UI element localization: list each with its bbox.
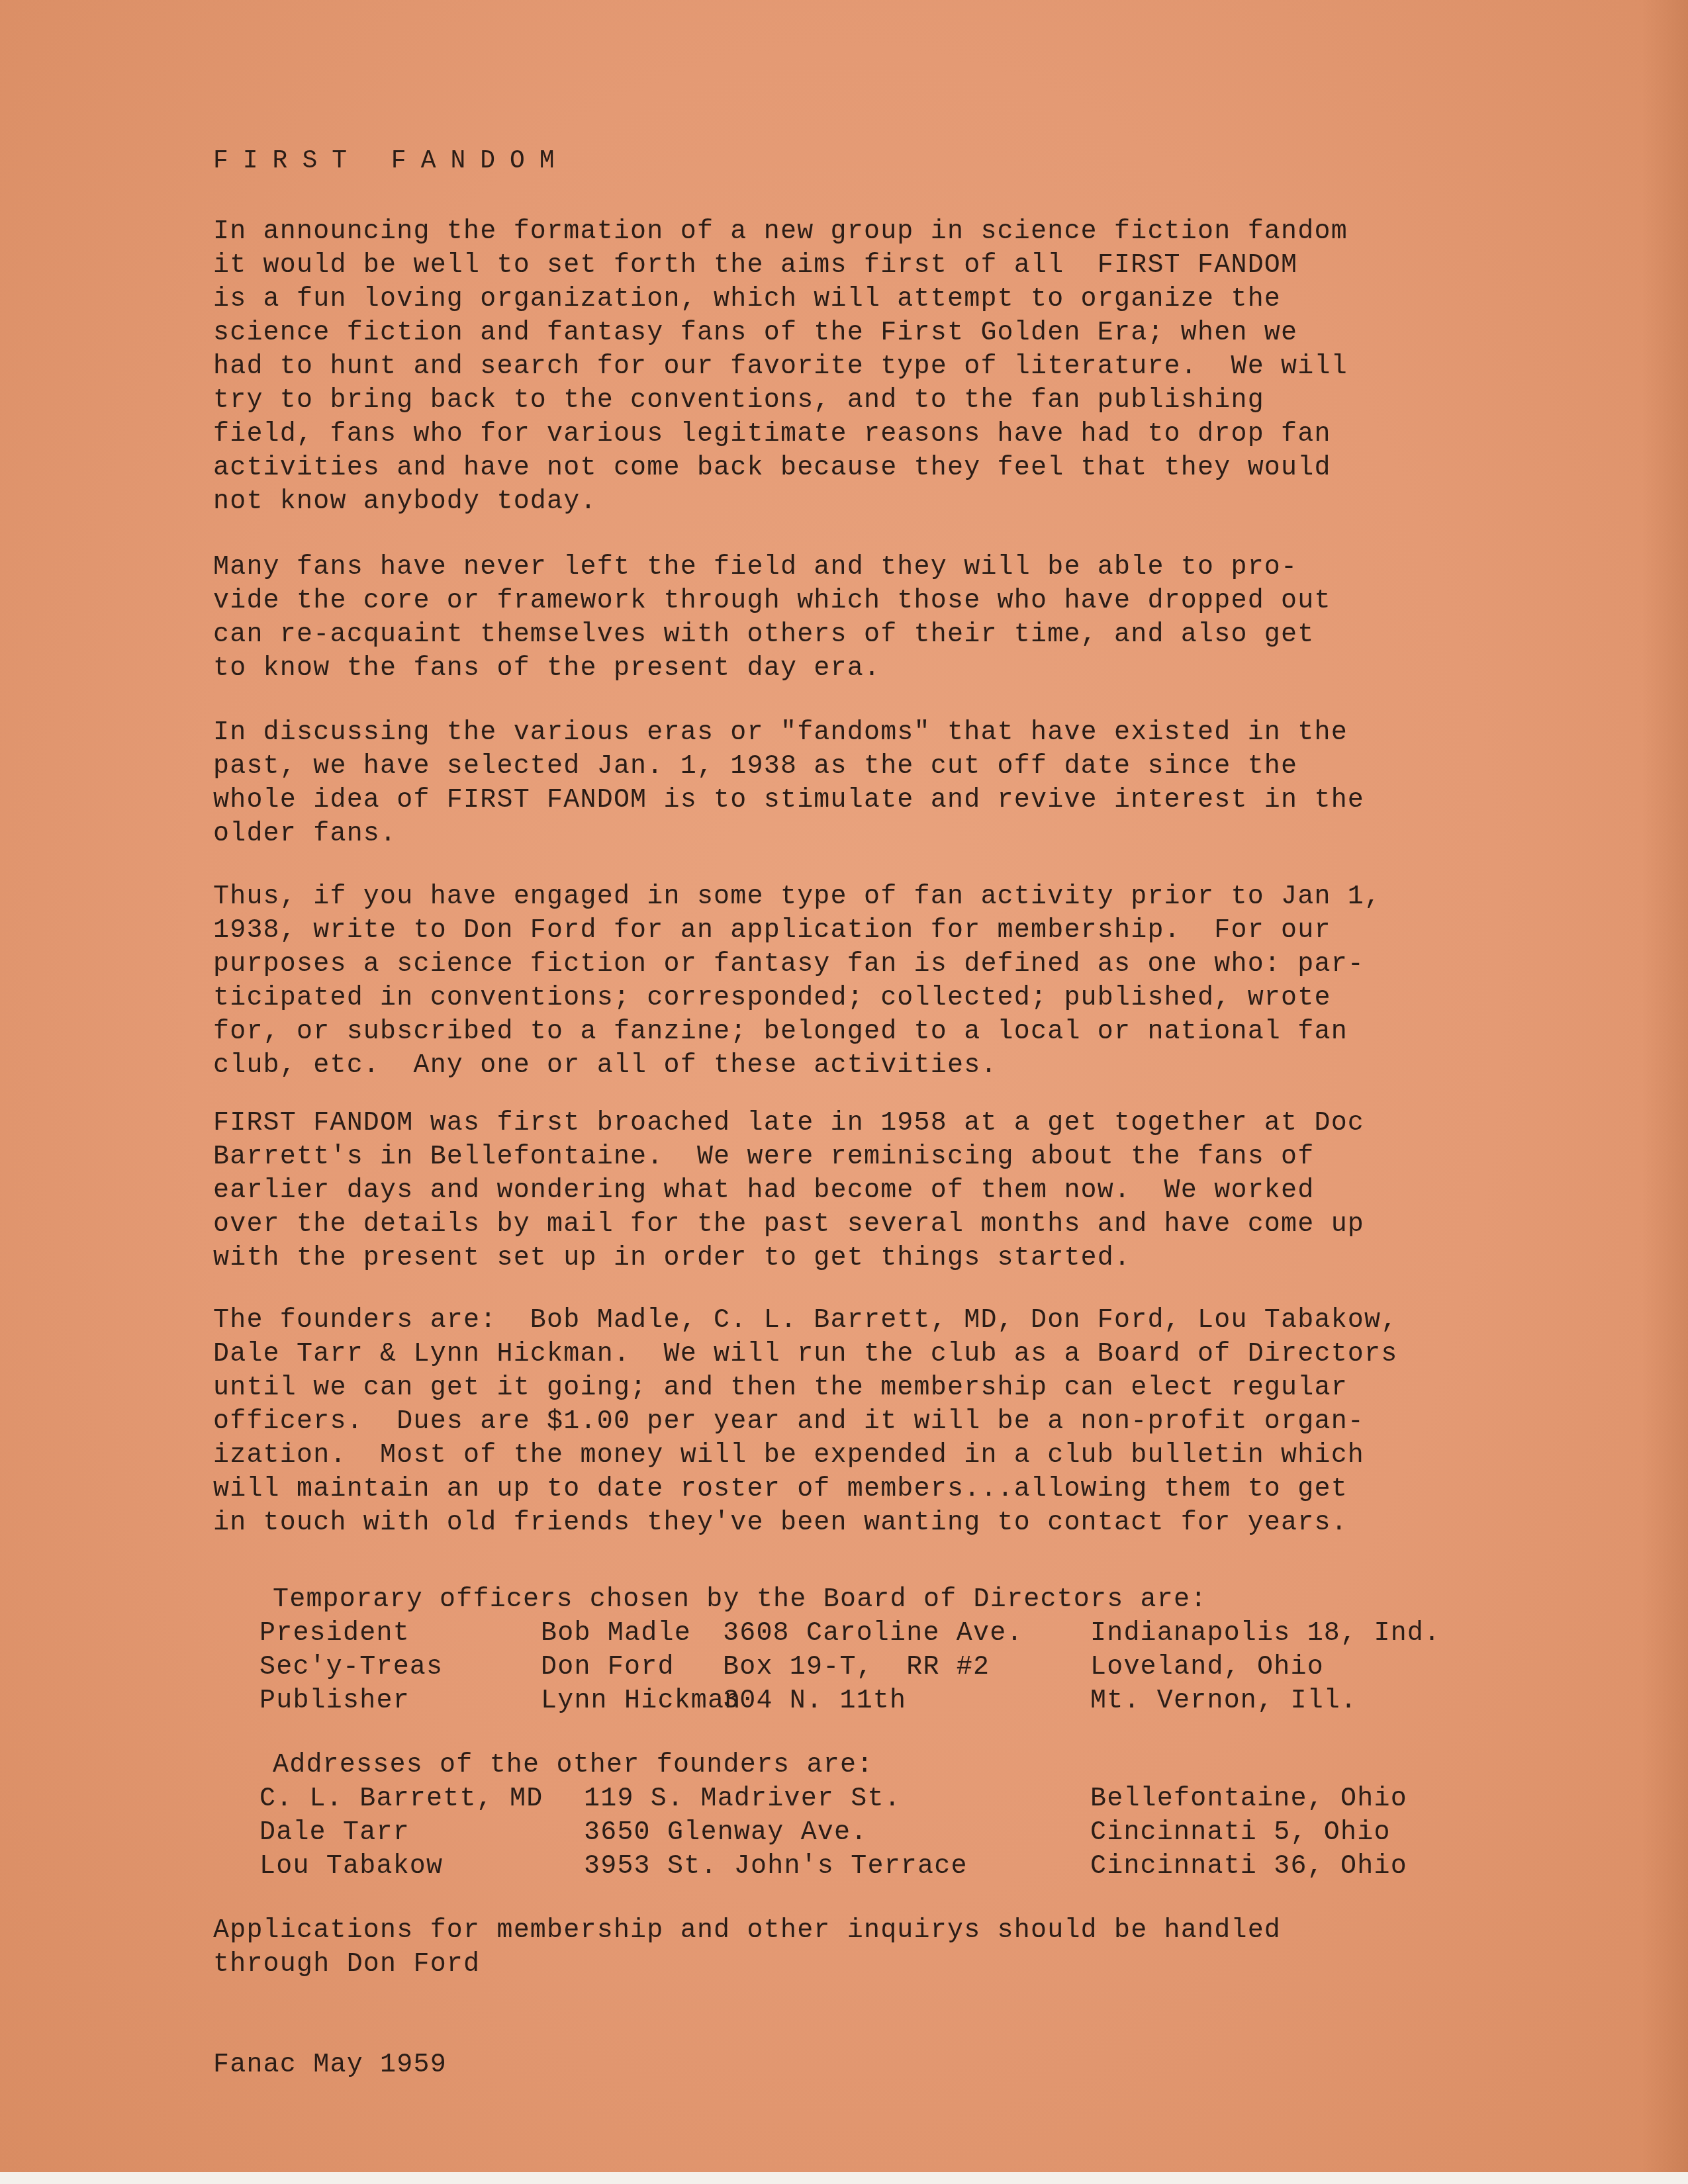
founder-row: C. L. Barrett, MD 119 S. Madriver St. Be… (259, 1782, 1517, 1816)
text-line: Thus, if you have engaged in some type o… (213, 880, 1381, 914)
text-line: through Don Ford (213, 1948, 480, 1981)
founder-name: Lou Tabakow (259, 1850, 443, 1884)
officer-city: Indianapolis 18, Ind. (1090, 1617, 1440, 1651)
text-line: science fiction and fantasy fans of the … (213, 316, 1297, 350)
founder-name: Dale Tarr (259, 1816, 410, 1850)
text-line: The founders are: Bob Madle, C. L. Barre… (213, 1304, 1397, 1338)
text-line: activities and have not come back becaus… (213, 451, 1331, 485)
officers-heading: Temporary officers chosen by the Board o… (273, 1583, 1207, 1617)
text-line: Applications for membership and other in… (213, 1914, 1281, 1948)
text-line: Barrett's in Bellefontaine. We were remi… (213, 1140, 1314, 1174)
text-line: had to hunt and search for our favorite … (213, 350, 1348, 384)
text-line: in touch with old friends they've been w… (213, 1506, 1348, 1540)
text-line: until we can get it going; and then the … (213, 1371, 1348, 1405)
text-line: past, we have selected Jan. 1, 1938 as t… (213, 750, 1297, 784)
text-line: field, fans who for various legitimate r… (213, 418, 1331, 451)
founder-city: Cincinnati 36, Ohio (1090, 1850, 1407, 1884)
officer-city: Mt. Vernon, Ill. (1090, 1684, 1357, 1718)
text-line: with the present set up in order to get … (213, 1242, 1131, 1275)
officer-row: President Bob Madle 3608 Caroline Ave. I… (259, 1617, 1517, 1651)
officer-city: Loveland, Ohio (1090, 1651, 1324, 1684)
officer-row: Publisher Lynn Hickman 304 N. 11th Mt. V… (259, 1684, 1517, 1718)
officer-role: Sec'y-Treas (259, 1651, 443, 1684)
founder-city: Cincinnati 5, Ohio (1090, 1816, 1391, 1850)
text-line: In announcing the formation of a new gro… (213, 215, 1348, 249)
text-line: not know anybody today. (213, 485, 597, 519)
officer-name: Don Ford (541, 1651, 675, 1684)
text-line: ization. Most of the money will be expen… (213, 1439, 1364, 1473)
text-line: to know the fans of the present day era. (213, 652, 880, 686)
text-line: earlier days and wondering what had beco… (213, 1174, 1314, 1208)
footer-text: Fanac May 1959 (213, 2048, 447, 2082)
text-line: is a fun loving organization, which will… (213, 283, 1281, 316)
text-line: can re-acquaint themselves with others o… (213, 618, 1314, 652)
text-line: it would be well to set forth the aims f… (213, 249, 1297, 283)
text-line: 1938, write to Don Ford for an applicati… (213, 914, 1331, 948)
text-line: purposes a science fiction or fantasy fa… (213, 948, 1364, 981)
text-line: Dale Tarr & Lynn Hickman. We will run th… (213, 1338, 1397, 1371)
officer-role: Publisher (259, 1684, 410, 1718)
founder-address: 3650 Glenway Ave. (584, 1816, 867, 1850)
text-line: In discussing the various eras or "fando… (213, 716, 1348, 750)
text-line: older fans. (213, 817, 397, 851)
founder-name: C. L. Barrett, MD (259, 1782, 543, 1816)
text-line: for, or subscribed to a fanzine; belonge… (213, 1015, 1348, 1049)
text-line: ticipated in conventions; corresponded; … (213, 981, 1331, 1015)
officer-address: Box 19-T, RR #2 (723, 1651, 990, 1684)
officer-name: Lynn Hickman (541, 1684, 741, 1718)
founder-address: 3953 St. John's Terrace (584, 1850, 968, 1884)
text-line: over the details by mail for the past se… (213, 1208, 1364, 1242)
text-line: will maintain an up to date roster of me… (213, 1473, 1348, 1506)
officers-table: Temporary officers chosen by the Board o… (259, 1583, 1517, 1718)
text-line: Many fans have never left the field and … (213, 551, 1297, 584)
text-line: FIRST FANDOM was first broached late in … (213, 1107, 1364, 1140)
document-title: FIRST FANDOM (213, 147, 569, 175)
officer-row: Sec'y-Treas Don Ford Box 19-T, RR #2 Lov… (259, 1651, 1517, 1684)
founder-address: 119 S. Madriver St. (584, 1782, 901, 1816)
text-line: whole idea of FIRST FANDOM is to stimula… (213, 784, 1364, 817)
officer-address: 3608 Caroline Ave. (723, 1617, 1023, 1651)
founders-table: Addresses of the other founders are: C. … (259, 1749, 1517, 1884)
text-line: try to bring back to the conventions, an… (213, 384, 1264, 418)
officer-name: Bob Madle (541, 1617, 691, 1651)
officer-role: President (259, 1617, 410, 1651)
founder-row: Lou Tabakow 3953 St. John's Terrace Cinc… (259, 1850, 1517, 1884)
text-line: officers. Dues are $1.00 per year and it… (213, 1405, 1364, 1439)
founder-city: Bellefontaine, Ohio (1090, 1782, 1407, 1816)
text-line: vide the core or framework through which… (213, 584, 1331, 618)
officer-address: 304 N. 11th (723, 1684, 906, 1718)
text-line: club, etc. Any one or all of these activ… (213, 1049, 998, 1083)
founders-heading: Addresses of the other founders are: (273, 1749, 873, 1782)
founder-row: Dale Tarr 3650 Glenway Ave. Cincinnati 5… (259, 1816, 1517, 1850)
